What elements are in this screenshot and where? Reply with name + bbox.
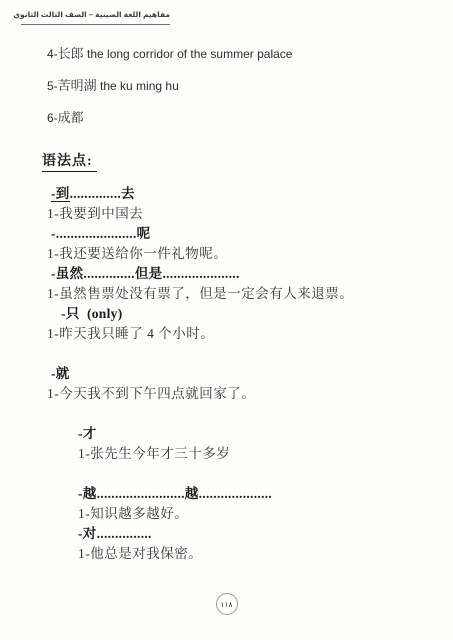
grammar-pattern-line: -......................呢 (51, 224, 437, 244)
grammar-example-line: 1-张先生今年才三十多岁 (78, 444, 437, 464)
vocab-item-number: 5- (47, 79, 58, 93)
grammar-pattern-line: -就 (51, 364, 437, 384)
vocab-item-chinese: 长郎 (58, 46, 84, 61)
underlined-pattern-head: -到 (51, 186, 70, 202)
vocab-item-chinese: 苦明湖 (58, 78, 97, 93)
grammar-example-line: 1-昨天我只睡了 4 个小时。 (47, 324, 437, 344)
grammar-group: -越........................越.............… (78, 484, 437, 564)
page-number-badge: ١١٨ (216, 593, 238, 615)
page-header-arabic: مفاهيم اللغة الصينية – الصف الثالث الثان… (21, 10, 170, 25)
grammar-example-line: 1-我要到中国去 (47, 204, 437, 224)
grammar-pattern-line: -越........................越.............… (78, 484, 437, 504)
vocab-item: 5-苦明湖 the ku ming hu (47, 78, 437, 94)
grammar-pattern-line: -对............... (78, 524, 437, 544)
grammar-group: -才1-张先生今年才三十多岁 (78, 424, 437, 464)
grammar-pattern-line: -到..............去 (51, 184, 437, 204)
grammar-pattern-line: -虽然..............但是..................... (51, 264, 437, 284)
grammar-group: -就1-今天我不到下午四点就回家了。 (47, 364, 437, 404)
vocab-item-number: 6- (47, 111, 58, 125)
vocab-item: 4-长郎 the long corridor of the summer pal… (47, 46, 437, 62)
vocab-item-english: the ku ming hu (97, 79, 179, 93)
vocab-item-chinese: 成都 (58, 110, 84, 125)
grammar-pattern-line: -才 (78, 424, 437, 444)
grammar-list: -到..............去1-我要到中国去-..............… (47, 184, 437, 564)
grammar-heading: 语法点: (42, 150, 97, 172)
grammar-example-line: 1-知识越多越好。 (78, 504, 437, 524)
vocab-item-number: 4- (47, 47, 58, 61)
grammar-pattern-line: -只 (only) (61, 304, 437, 324)
page-content: 4-长郎 the long corridor of the summer pal… (47, 46, 437, 564)
vocab-item-english: the long corridor of the summer palace (84, 47, 293, 61)
grammar-example-line: 1-虽然售票处没有票了，但是一定会有人来退票。 (47, 284, 437, 304)
document-page: مفاهيم اللغة الصينية – الصف الثالث الثان… (0, 0, 453, 640)
vocab-item: 6-成都 (47, 110, 437, 126)
vocab-list: 4-长郎 the long corridor of the summer pal… (47, 46, 437, 126)
grammar-example-line: 1-今天我不到下午四点就回家了。 (47, 384, 437, 404)
grammar-group: -到..............去1-我要到中国去-..............… (47, 184, 437, 344)
page-number: ١١٨ (220, 600, 232, 609)
grammar-example-line: 1-他总是对我保密。 (78, 544, 437, 564)
grammar-example-line: 1-我还要送给你一件礼物呢。 (47, 244, 437, 264)
